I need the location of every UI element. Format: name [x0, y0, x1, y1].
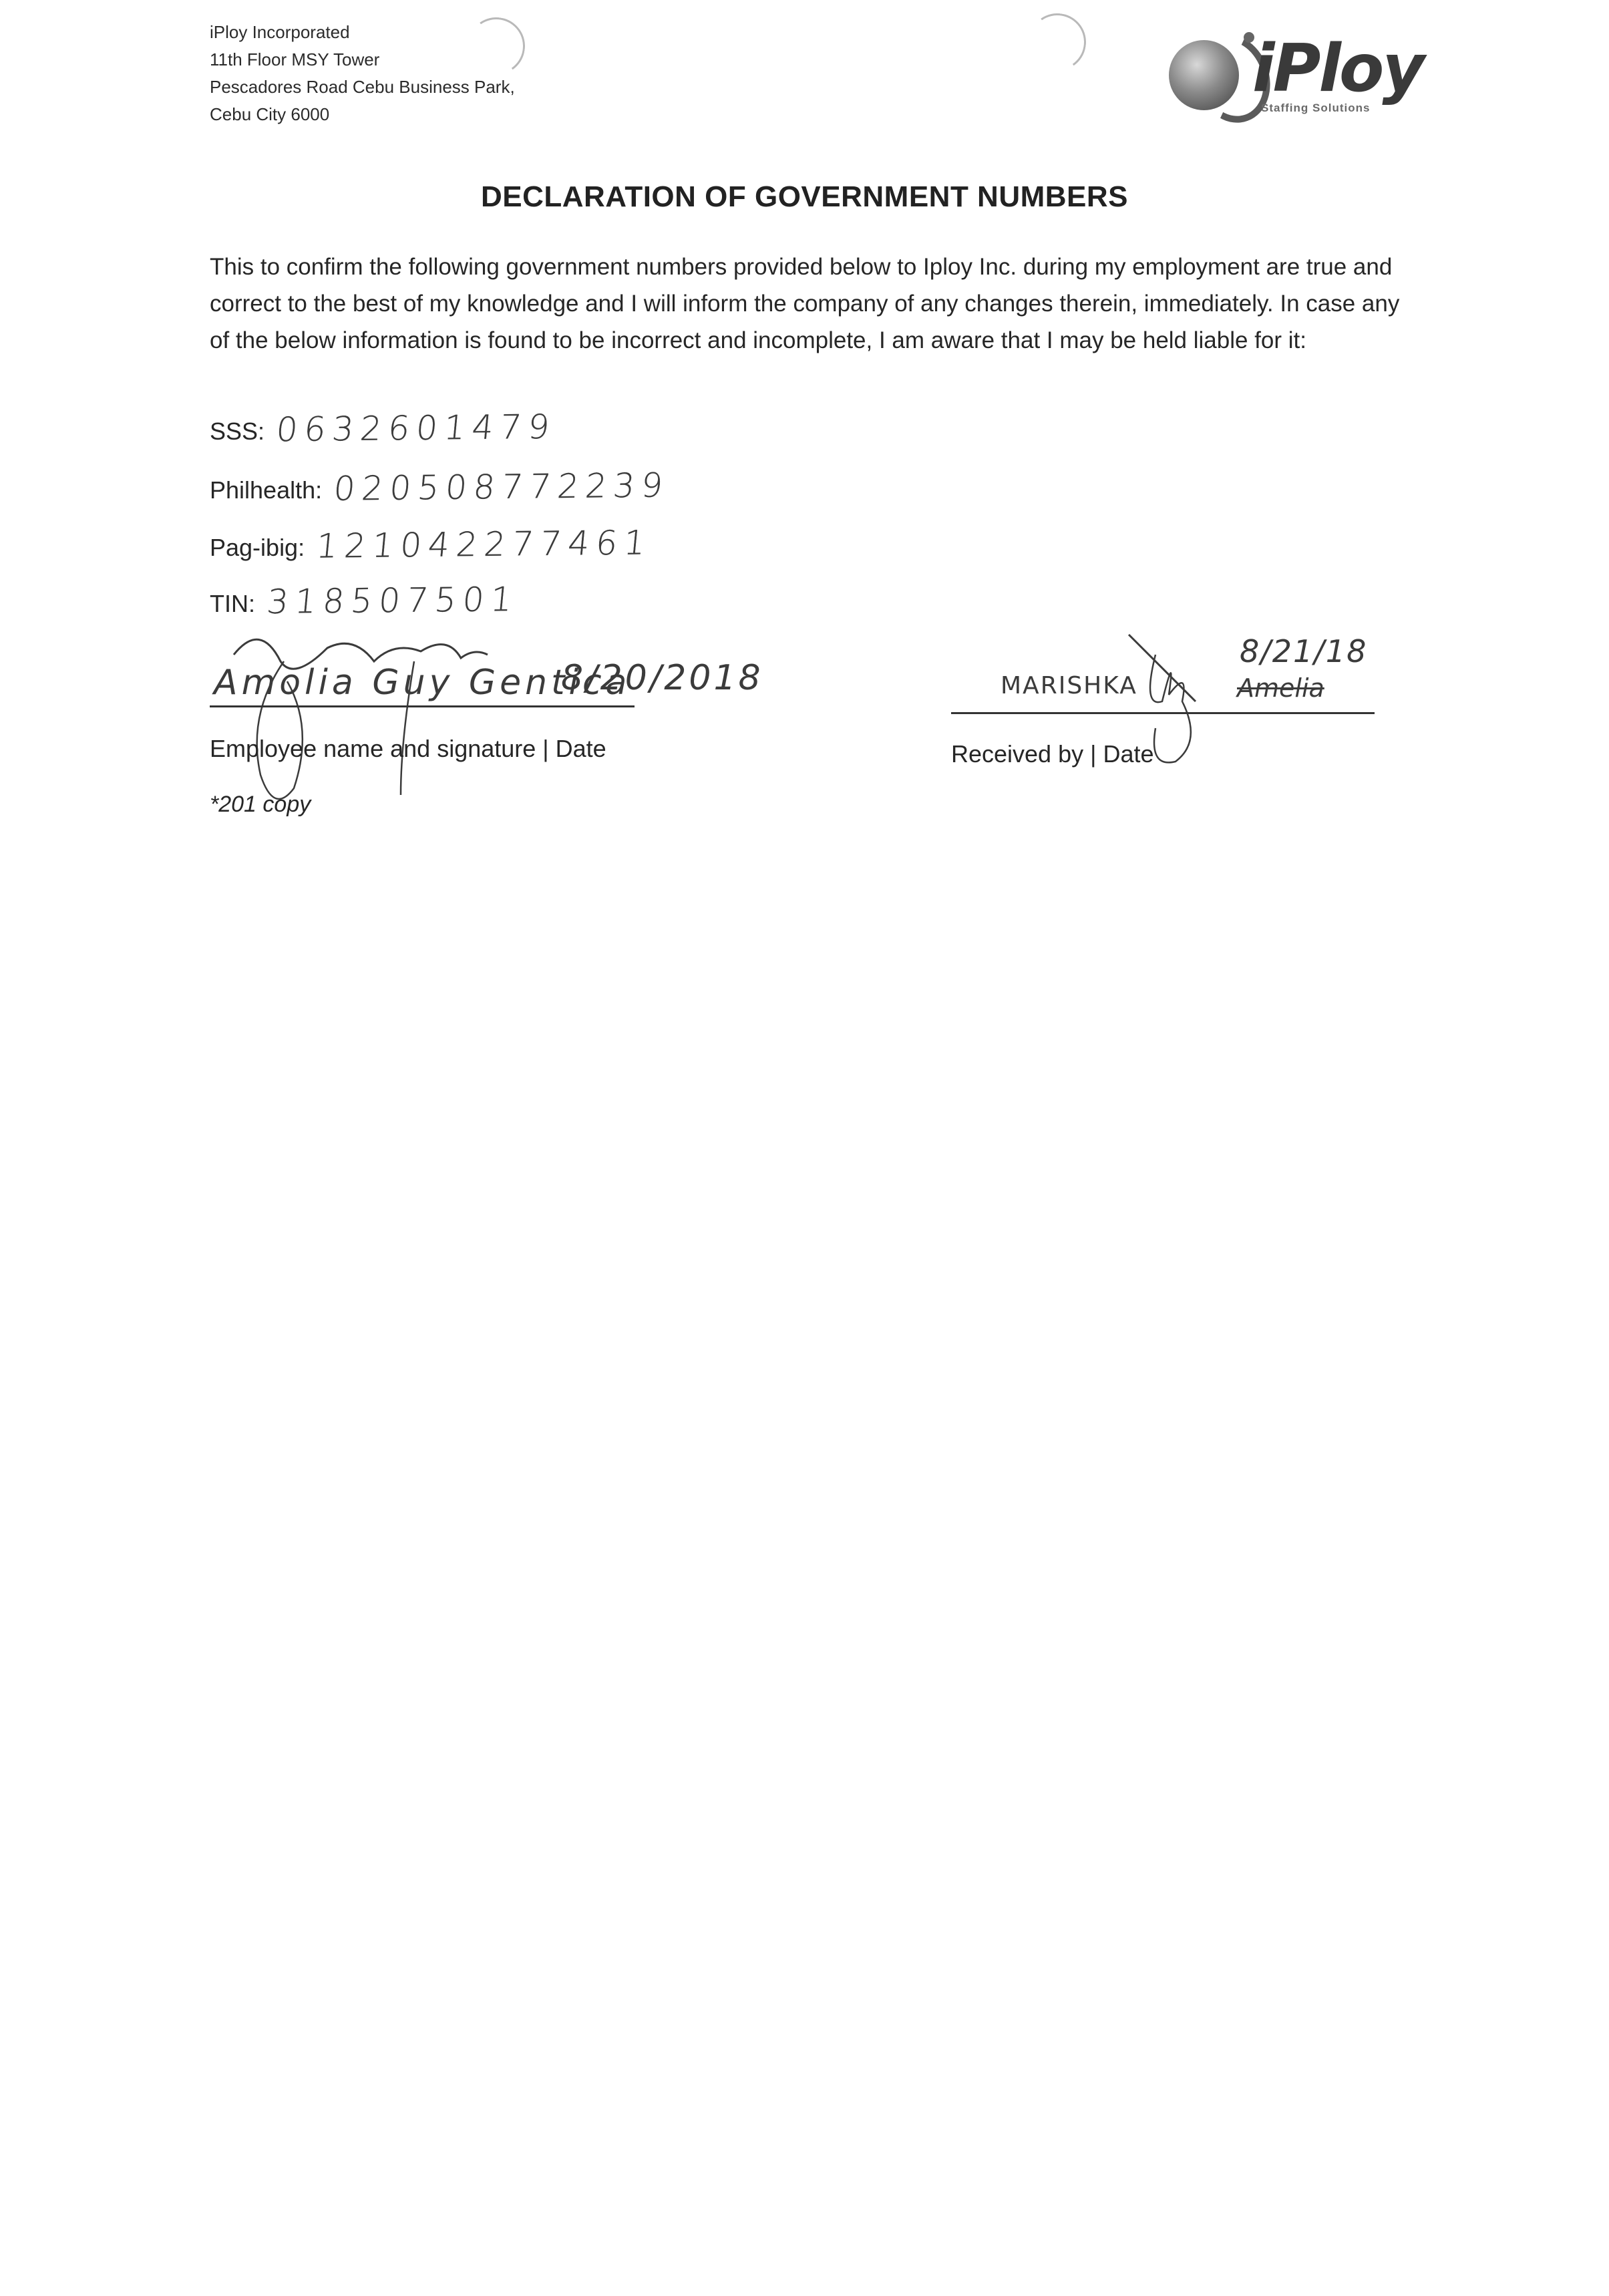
receiver-signature-line — [951, 712, 1375, 714]
punch-hole-mark — [1024, 9, 1091, 75]
copy-note: *201 copy — [210, 792, 311, 818]
receiver-signature-label: Received by | Date — [951, 740, 1154, 768]
receiver-handwritten-extra: Amelia — [1237, 673, 1324, 703]
handwritten-value: 020508772239 — [332, 466, 671, 508]
employee-signature-line — [210, 705, 635, 707]
receiver-handwritten-name: MARISHKA — [1001, 672, 1137, 699]
handwritten-value: 121042277461 — [315, 523, 654, 565]
address-line: Pescadores Road Cebu Business Park, — [210, 73, 515, 101]
declaration-paragraph: This to confirm the following government… — [210, 249, 1405, 359]
handwritten-value: 318507501 — [265, 580, 520, 621]
company-address: iPloy Incorporated 11th Floor MSY Tower … — [210, 19, 515, 128]
employee-handwritten-date: 8/20/2018 — [561, 658, 763, 698]
employee-signature-label: Employee name and signature | Date — [210, 735, 606, 763]
address-line: 11th Floor MSY Tower — [210, 46, 515, 73]
handwritten-value: 0632601479 — [275, 407, 558, 449]
field-label: Pag-ibig: — [210, 534, 305, 562]
logo-tagline: Staffing Solutions — [1261, 102, 1370, 115]
field-philhealth: Philhealth:020508772239 — [210, 468, 669, 506]
address-line: Cebu City 6000 — [210, 101, 515, 128]
document-title: DECLARATION OF GOVERNMENT NUMBERS — [0, 180, 1609, 214]
field-label: Philhealth: — [210, 476, 322, 504]
field-label: TIN: — [210, 590, 255, 618]
field-sss: SSS:0632601479 — [210, 409, 556, 448]
address-line: iPloy Incorporated — [210, 19, 515, 46]
company-logo: iPloy Staffing Solutions — [1169, 27, 1416, 127]
field-pag-ibig: Pag-ibig:121042277461 — [210, 525, 652, 564]
field-label: SSS: — [210, 418, 264, 446]
field-tin: TIN:318507501 — [210, 581, 518, 620]
receiver-handwritten-date: 8/21/18 — [1240, 633, 1367, 669]
logo-brand-text: iPloy — [1252, 32, 1423, 106]
